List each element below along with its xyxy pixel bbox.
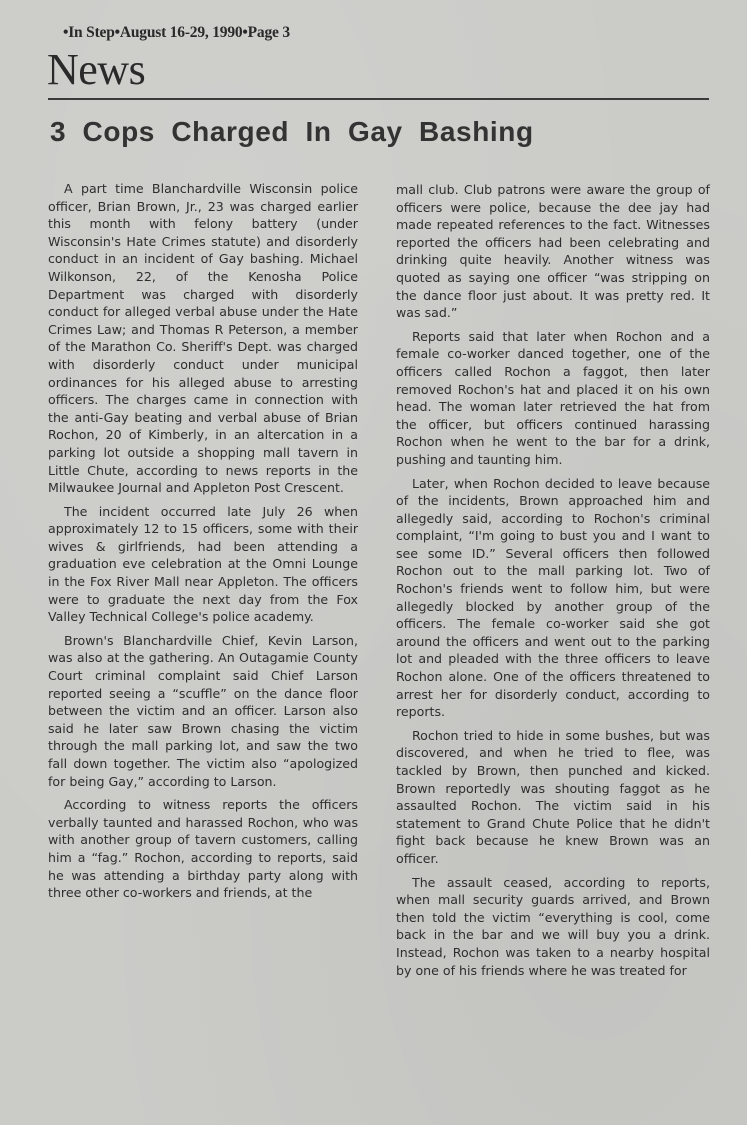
page-folio: •In Step•August 16-29, 1990•Page 3 xyxy=(63,24,290,42)
article-column-left: A part time Blanchardville Wisconsin pol… xyxy=(48,180,358,908)
article-paragraph: The incident occurred late July 26 when … xyxy=(48,503,358,626)
article-paragraph: Reports said that later when Rochon and … xyxy=(396,328,710,469)
article-paragraph: Brown's Blanchardville Chief, Kevin Lars… xyxy=(48,632,358,790)
article-paragraph: According to witness reports the officer… xyxy=(48,796,358,902)
section-title: News xyxy=(47,44,145,96)
article-headline: 3 Cops Charged In Gay Bashing xyxy=(50,112,534,152)
article-paragraph-continued: mall club. Club patrons were aware the g… xyxy=(396,181,710,322)
article-paragraph: A part time Blanchardville Wisconsin pol… xyxy=(48,180,358,497)
article-paragraph: Later, when Rochon decided to leave beca… xyxy=(396,475,710,721)
newspaper-page: •In Step•August 16-29, 1990•Page 3 News … xyxy=(0,0,747,1125)
article-column-right: mall club. Club patrons were aware the g… xyxy=(396,181,710,985)
article-paragraph: The assault ceased, according to reports… xyxy=(396,874,710,980)
article-paragraph: Rochon tried to hide in some bushes, but… xyxy=(396,727,710,868)
section-rule-divider xyxy=(48,98,709,100)
